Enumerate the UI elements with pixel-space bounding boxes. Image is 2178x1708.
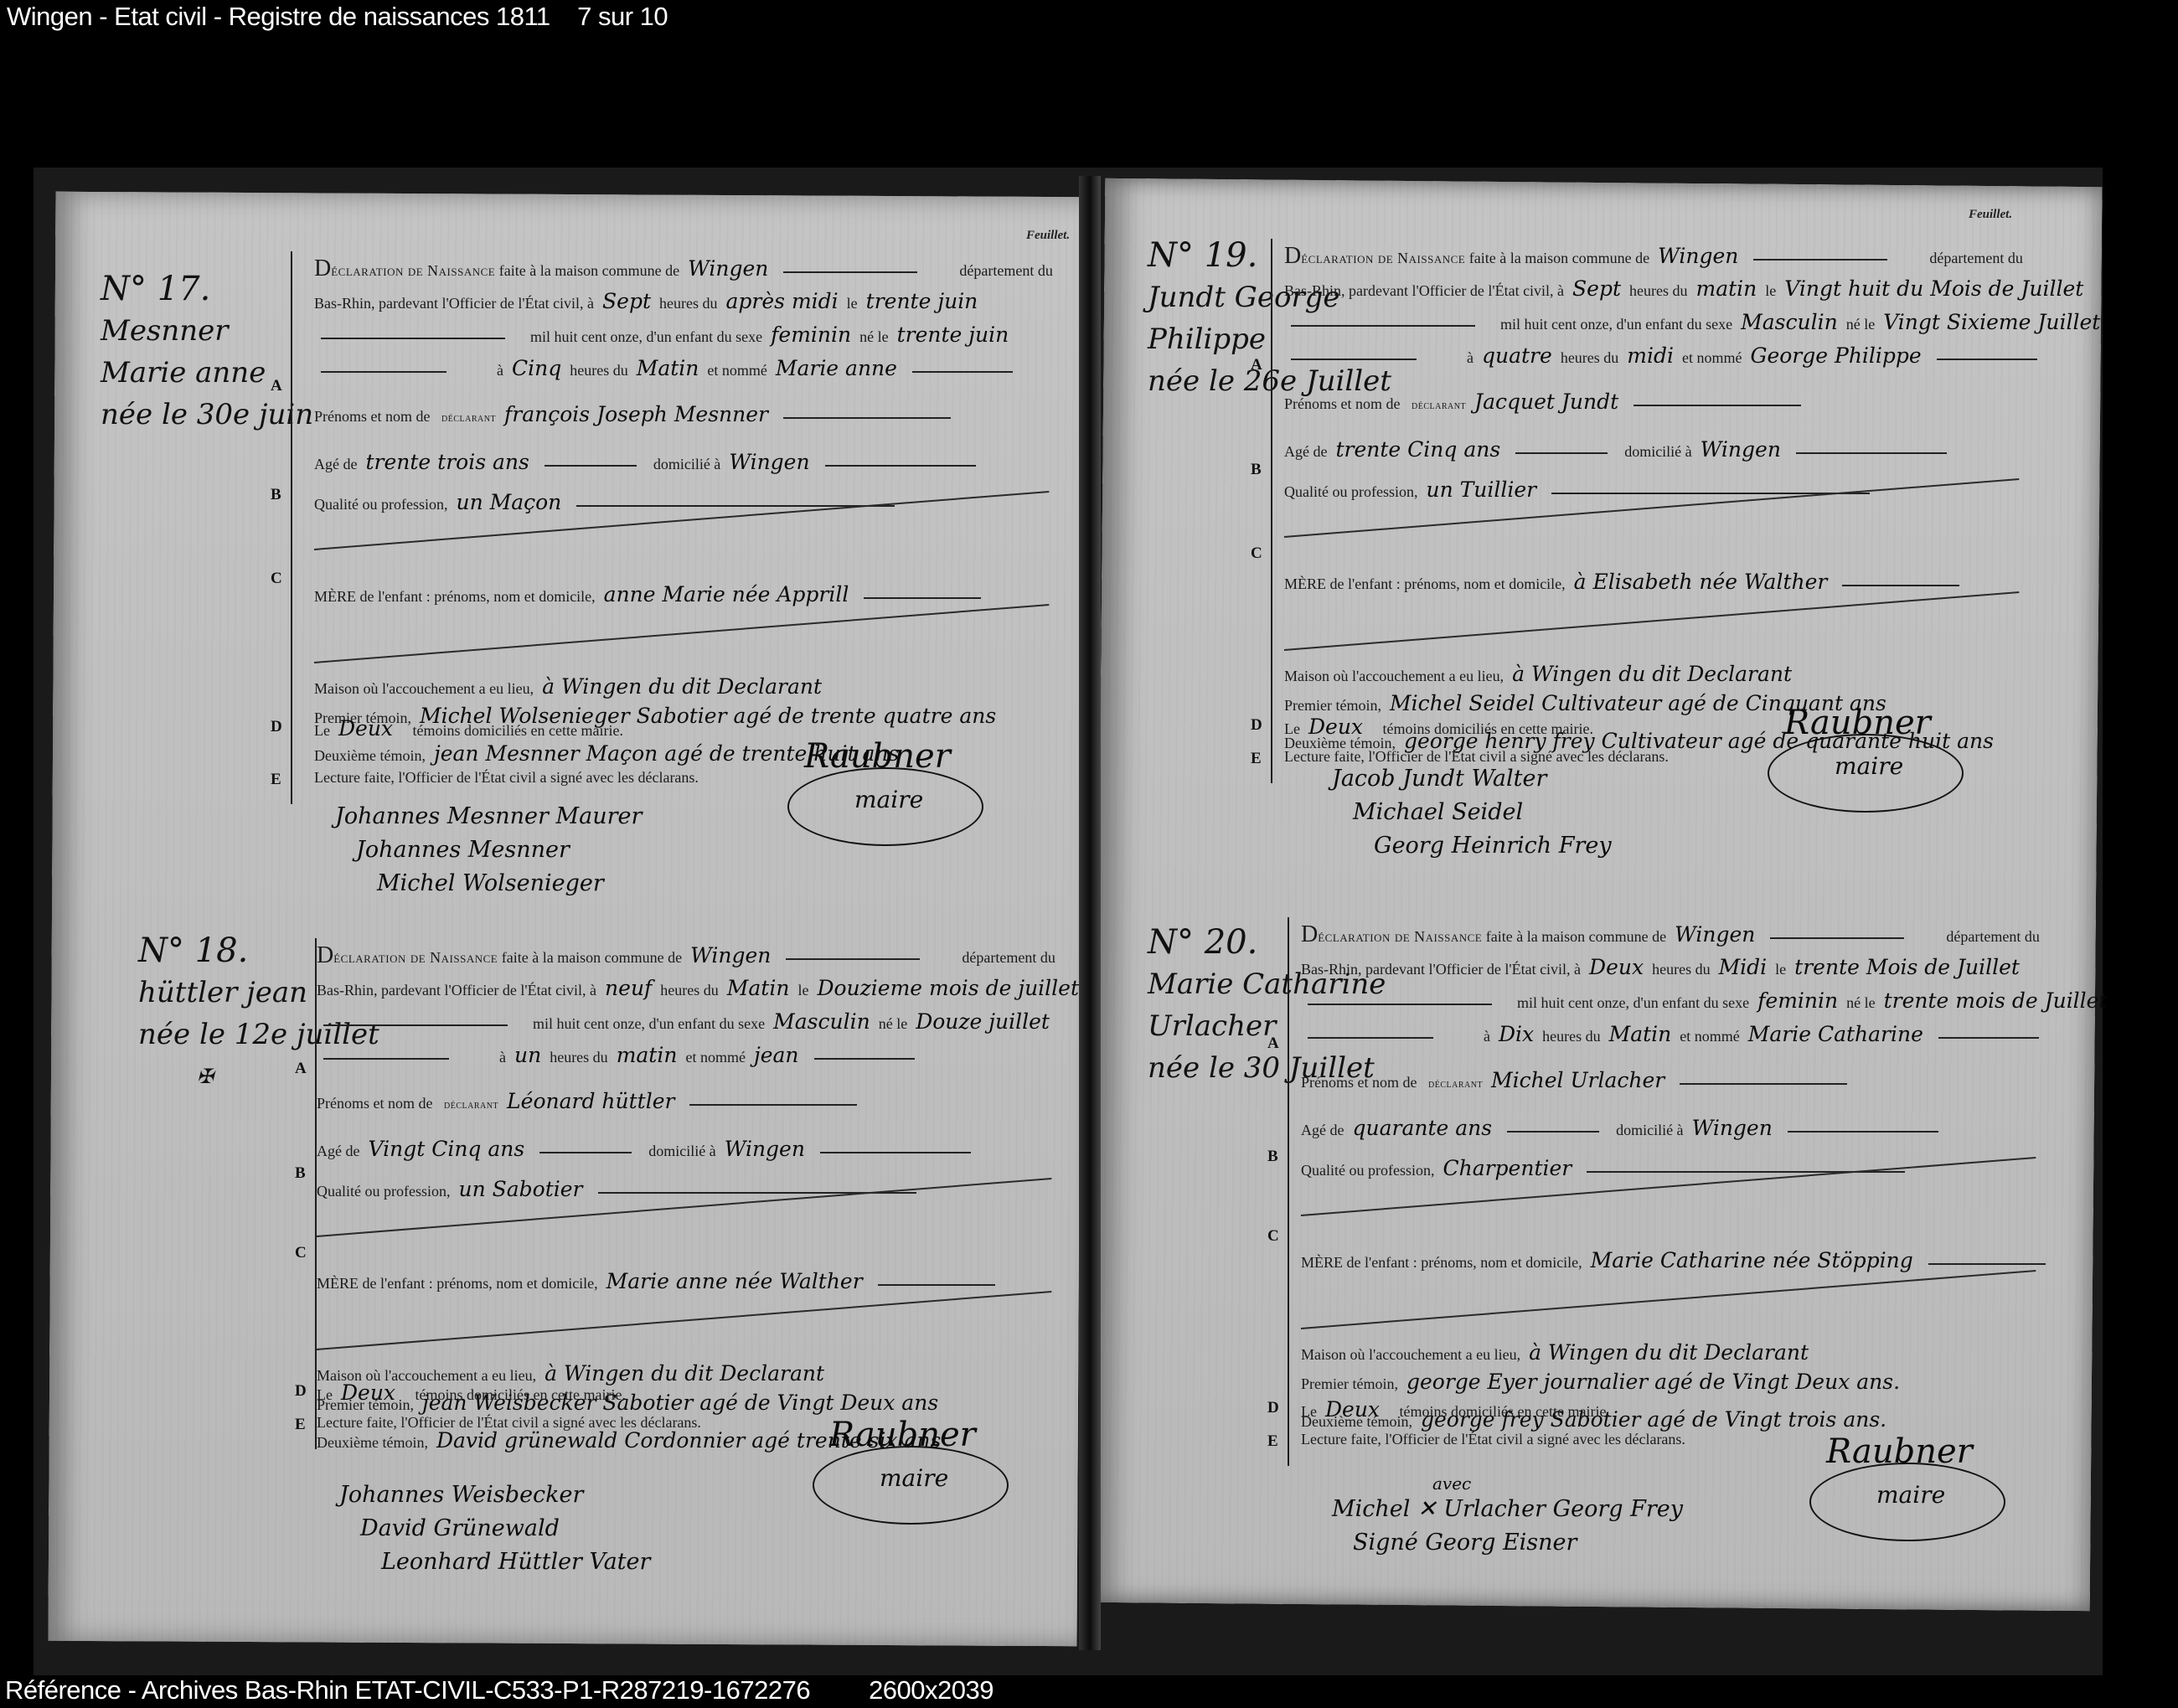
form-text: déclarant (1412, 400, 1466, 412)
form-text: domicilié à (648, 1143, 715, 1159)
declaration-period: après midi (726, 289, 839, 313)
form-text: le (1775, 961, 1786, 978)
birth-hour: quatre (1482, 343, 1552, 368)
section-letter: D (1267, 1399, 1279, 1417)
form-text: à (1467, 349, 1474, 366)
form-text: et nommé (685, 1049, 745, 1066)
form-text: Le (314, 722, 330, 739)
form-text: domicilié à (1624, 443, 1691, 460)
section-letter: E (1251, 750, 1262, 768)
birth-period: matin (617, 1043, 678, 1067)
declarant-name: Léonard hüttler (507, 1089, 674, 1113)
form-text: Agé de (314, 456, 357, 472)
declarant-signatures: Johannes Mesnner MaurerJohannes MesnnerM… (335, 800, 642, 900)
witness-count: Deux (1308, 715, 1363, 739)
form-text: né le (1846, 994, 1875, 1011)
form-text: Prénoms et nom de (317, 1095, 432, 1112)
form-text: déclarant (441, 412, 496, 425)
birth-hour: Cinq (512, 356, 561, 380)
form-text: à (1484, 1028, 1490, 1045)
page-indicator: 7 sur 10 (577, 2, 668, 31)
form-text: département du (1929, 250, 2022, 266)
birth-date: Douze juillet (916, 1009, 1050, 1034)
register-title: Wingen - Etat civil - Registre de naissa… (7, 2, 550, 31)
form-heading: éclaration de Naissance (1318, 928, 1482, 945)
form-text: né le (1846, 316, 1875, 333)
birthplace: à Wingen du dit Declarant (1512, 662, 1792, 686)
drop-cap: D (314, 255, 331, 281)
child-sex: feminin (771, 323, 851, 347)
viewer-title-bar: Wingen - Etat civil - Registre de naissa… (7, 2, 668, 32)
form-text: Lecture faite, l'Officier de l'État civi… (1301, 1431, 1685, 1447)
form-text: Qualité ou profession, (1301, 1162, 1434, 1179)
margin-note: N° 17.MesnnerMarie annenée le 30e juin (101, 268, 313, 436)
section-letter: A (271, 377, 282, 395)
form-text: Bas-Rhin, pardevant l'Officier de l'État… (1301, 961, 1581, 978)
form-text: témoins domiciliés en cette mairie. (1400, 1403, 1610, 1420)
section-letter: E (271, 771, 281, 789)
declarant-domicile: Wingen (729, 450, 809, 474)
form-text: mil huit cent onze, d'un enfant du sexe (1517, 994, 1749, 1011)
birth-date: trente juin (897, 323, 1009, 347)
witness-count: Deux (1325, 1397, 1380, 1422)
birth-hour: Dix (1499, 1022, 1534, 1046)
drop-cap: D (1284, 243, 1301, 269)
form-text: témoins domiciliés en cette mairie. (1383, 720, 1593, 737)
signature-line: Signé Georg Eisner (1353, 1526, 1683, 1560)
form-text: Bas-Rhin, pardevant l'Officier de l'État… (1284, 282, 1564, 299)
form-text: et nommé (1682, 349, 1742, 366)
drop-cap: D (317, 942, 333, 968)
signature-line: Jacob Jundt Walter (1332, 762, 1612, 796)
form-text: heures du (1629, 282, 1687, 299)
declarant-profession: un Sabotier (458, 1177, 582, 1201)
section-letter: B (1267, 1148, 1278, 1166)
mother-name: Marie Catharine née Stöpping (1591, 1248, 1913, 1272)
section-letter: C (1267, 1227, 1279, 1246)
declarant-name: Michel Urlacher (1491, 1068, 1664, 1092)
signature-line: Michel Wolsenieger (377, 867, 642, 900)
signature-line: Johannes Mesnner Maurer (335, 800, 642, 833)
section-letter: C (271, 570, 282, 588)
declaration-date: trente Mois de Juillet (1794, 955, 2020, 979)
viewer-footer: Référence - Archives Bas-Rhin ETAT-CIVIL… (5, 1675, 994, 1705)
declarant-age: quarante ans (1352, 1116, 1492, 1140)
child-name: Marie anne (776, 356, 897, 380)
child-name: George Philippe (1750, 343, 1921, 368)
signature-line: David Grünewald (360, 1512, 650, 1545)
mayor-title: maire (1835, 752, 1903, 780)
signature-line: Michel ✕ Urlacher Georg Frey (1332, 1493, 1683, 1526)
section-letter: D (271, 718, 282, 736)
form-text: heures du (570, 362, 627, 379)
form-text: Premier témoin, (1301, 1375, 1398, 1392)
signature-note: avec (1432, 1474, 1683, 1493)
section-letter: A (295, 1060, 307, 1078)
first-witness: george Eyer journalier agé de Vingt Deux… (1406, 1370, 1900, 1394)
form-text: heures du (659, 295, 717, 312)
declarant-age: trente Cinq ans (1335, 437, 1500, 462)
form-text: Premier témoin, (1284, 697, 1381, 714)
birthplace: à Wingen du dit Declarant (542, 674, 822, 699)
mother-name: à Elisabeth née Walther (1574, 570, 1828, 594)
drop-cap: D (1301, 921, 1318, 947)
form-text: mil huit cent onze, d'un enfant du sexe (1500, 316, 1732, 333)
section-letter: E (295, 1416, 306, 1434)
form-text: heures du (550, 1049, 607, 1066)
child-sex: Masculin (1741, 310, 1838, 334)
child-sex: feminin (1757, 988, 1838, 1013)
section-letter: C (1251, 544, 1262, 563)
entry-number: N° 17. (101, 268, 313, 310)
margin-line: Mesnner (101, 310, 313, 352)
form-text: né le (859, 328, 888, 345)
form-text: Lecture faite, l'Officier de l'État civi… (314, 769, 699, 786)
form-text: le (1765, 282, 1776, 299)
witness-count: Deux (341, 1380, 395, 1405)
form-text: Le (1284, 720, 1300, 737)
declarant-profession: Charpentier (1443, 1156, 1572, 1180)
declaration-period: matin (1696, 276, 1757, 301)
form-text: mil huit cent onze, d'un enfant du sexe (533, 1015, 765, 1032)
mother-name: Marie anne née Walther (606, 1269, 863, 1293)
form-text: Prénoms et nom de (1301, 1074, 1417, 1091)
signature-line: Johannes Weisbecker (339, 1478, 650, 1512)
form-text: faite à la maison commune de (499, 262, 679, 279)
form-text: Qualité ou profession, (317, 1183, 450, 1200)
form-text: heures du (1561, 349, 1618, 366)
birth-date: trente mois de Juillet (1884, 988, 2108, 1013)
mayor-title: maire (1876, 1481, 1945, 1509)
form-text: et nommé (1680, 1028, 1739, 1045)
form-text: département du (1946, 928, 2039, 945)
form-text: département du (962, 949, 1055, 966)
signature-line: Michael Seidel (1353, 796, 1612, 829)
declarant-age: Vingt Cinq ans (368, 1137, 524, 1161)
witness-count: Deux (338, 716, 393, 740)
signature-line: Johannes Mesnner (356, 833, 642, 867)
declaration-date: Douzieme mois de juillet (817, 976, 1079, 1000)
declarant-domicile: Wingen (1692, 1116, 1773, 1140)
declaration-period: Matin (727, 976, 790, 1000)
form-text: témoins domiciliés en cette mairie. (413, 722, 623, 739)
section-letter: B (1251, 461, 1262, 479)
child-name: Marie Catharine (1748, 1022, 1923, 1046)
feuillet-label-left: Feuillet. (1026, 229, 1070, 243)
margin-line: née le 30e juin (101, 394, 313, 436)
form-text: Le (317, 1386, 333, 1403)
form-text: Maison où l'accouchement a eu lieu, (1284, 668, 1504, 684)
form-text: MÈRE de l'enfant : prénoms, nom et domic… (314, 588, 596, 605)
margin-rule (1271, 239, 1272, 783)
form-text: Qualité ou profession, (314, 496, 447, 513)
declarant-name: Jacquet Jundt (1474, 390, 1618, 414)
form-text: heures du (1652, 961, 1710, 978)
declarant-domicile: Wingen (1701, 437, 1781, 462)
child-name: jean (754, 1043, 799, 1067)
declarant-signatures: avecMichel ✕ Urlacher Georg FreySigné Ge… (1332, 1474, 1683, 1560)
signature-line: Leonhard Hüttler Vater (381, 1545, 650, 1579)
mother-name: anne Marie née Apprill (604, 582, 849, 606)
declarant-age: trente trois ans (365, 450, 529, 474)
form-heading: éclaration de Naissance (1301, 250, 1465, 266)
declaration-period: Midi (1719, 955, 1768, 979)
mayor-signature: Raubner maire (1784, 704, 1931, 742)
feuillet-label-right: Feuillet. (1969, 208, 2012, 222)
form-text: et nommé (707, 362, 766, 379)
mayor-signature: Raubner maire (804, 737, 951, 776)
form-text: Deuxième témoin, (314, 747, 426, 764)
section-letter: D (1251, 716, 1262, 735)
form-text: témoins domiciliés en cette mairie. (415, 1386, 626, 1403)
declaration-hour: Sept (1572, 276, 1621, 301)
form-text: déclarant (444, 1099, 498, 1112)
mayor-title: maire (854, 786, 923, 813)
form-text: Bas-Rhin, pardevant l'Officier de l'État… (314, 295, 594, 312)
form-text: Maison où l'accouchement a eu lieu, (1301, 1346, 1520, 1363)
form-text: Bas-Rhin, pardevant l'Officier de l'État… (317, 982, 596, 998)
form-text: MÈRE de l'enfant : prénoms, nom et domic… (1284, 575, 1566, 592)
margin-rule (1288, 917, 1289, 1466)
form-text: à (499, 1049, 506, 1066)
commune-value: Wingen (1658, 244, 1738, 268)
birth-period: midi (1627, 343, 1674, 368)
archive-reference: Référence - Archives Bas-Rhin ETAT-CIVIL… (5, 1675, 810, 1705)
form-text: faite à la maison commune de (1469, 250, 1649, 266)
commune-value: Wingen (690, 943, 771, 968)
form-text: Prénoms et nom de (1284, 395, 1400, 412)
mayor-signature: Raubner maire (1826, 1432, 1973, 1471)
image-dimensions: 2600x2039 (869, 1675, 994, 1705)
child-sex: Masculin (773, 1009, 870, 1034)
form-text: Agé de (1301, 1122, 1344, 1138)
form-text: Prénoms et nom de (314, 408, 430, 425)
declarant-name: françois Joseph Mesnner (504, 402, 768, 426)
form-text: mil huit cent onze, d'un enfant du sexe (530, 328, 762, 345)
form-text: Le (1301, 1403, 1317, 1420)
section-letter: B (271, 486, 281, 504)
declarant-domicile: Wingen (725, 1137, 805, 1161)
form-text: faite à la maison commune de (1486, 928, 1666, 945)
mayor-title: maire (880, 1464, 948, 1492)
form-text: faite à la maison commune de (502, 949, 682, 966)
section-letter: E (1267, 1432, 1278, 1451)
form-text: déclarant (1428, 1078, 1483, 1091)
form-text: domicilié à (1616, 1122, 1683, 1138)
form-text: domicilié à (653, 456, 720, 472)
form-heading: éclaration de Naissance (331, 262, 495, 279)
form-text: heures du (660, 982, 718, 998)
section-letter: C (295, 1244, 307, 1262)
section-letter: A (1251, 356, 1262, 374)
signature-line: Georg Heinrich Frey (1374, 829, 1612, 863)
form-text: MÈRE de l'enfant : prénoms, nom et domic… (317, 1275, 598, 1292)
declarant-signatures: Johannes WeisbeckerDavid GrünewaldLeonha… (339, 1478, 650, 1579)
declarant-profession: un Tuillier (1426, 477, 1536, 502)
form-text: Agé de (317, 1143, 359, 1159)
form-heading: éclaration de Naissance (333, 949, 498, 966)
declaration-date: Vingt huit du Mois de Juillet (1784, 276, 2083, 301)
form-text: Maison où l'accouchement a eu lieu, (314, 680, 534, 697)
margin-rule (291, 251, 292, 804)
form-text: le (797, 982, 808, 998)
declarant-profession: un Maçon (456, 490, 561, 514)
book-gutter (1079, 176, 1101, 1650)
form-text: Deuxième témoin, (317, 1434, 428, 1451)
declaration-hour: neuf (605, 976, 652, 1000)
section-letter: D (295, 1382, 307, 1401)
section-letter: B (295, 1164, 306, 1183)
birth-period: Matin (1609, 1022, 1672, 1046)
section-letter: A (1267, 1035, 1279, 1053)
birth-date: Vingt Sixieme Juillet (1883, 310, 2100, 334)
form-text: à (497, 362, 503, 379)
declaration-hour: Sept (602, 289, 651, 313)
form-text: Lecture faite, l'Officier de l'État civi… (317, 1414, 701, 1431)
commune-value: Wingen (1675, 922, 1755, 947)
form-text: Qualité ou profession, (1284, 483, 1417, 500)
mayor-signature: Raubner maire (829, 1416, 976, 1454)
form-text: département du (959, 262, 1052, 279)
birthplace: à Wingen du dit Declarant (1529, 1340, 1809, 1365)
commune-value: Wingen (688, 256, 768, 281)
birth-period: Matin (637, 356, 699, 380)
birth-hour: un (514, 1043, 541, 1067)
declarant-signatures: Jacob Jundt WalterMichael SeidelGeorg He… (1332, 762, 1612, 863)
declaration-hour: Deux (1589, 955, 1644, 979)
form-text: heures du (1542, 1028, 1600, 1045)
form-text: le (847, 295, 858, 312)
form-text: Agé de (1284, 443, 1327, 460)
form-text: MÈRE de l'enfant : prénoms, nom et domic… (1301, 1254, 1582, 1271)
form-text: né le (879, 1015, 907, 1032)
declaration-date: trente juin (866, 289, 978, 313)
